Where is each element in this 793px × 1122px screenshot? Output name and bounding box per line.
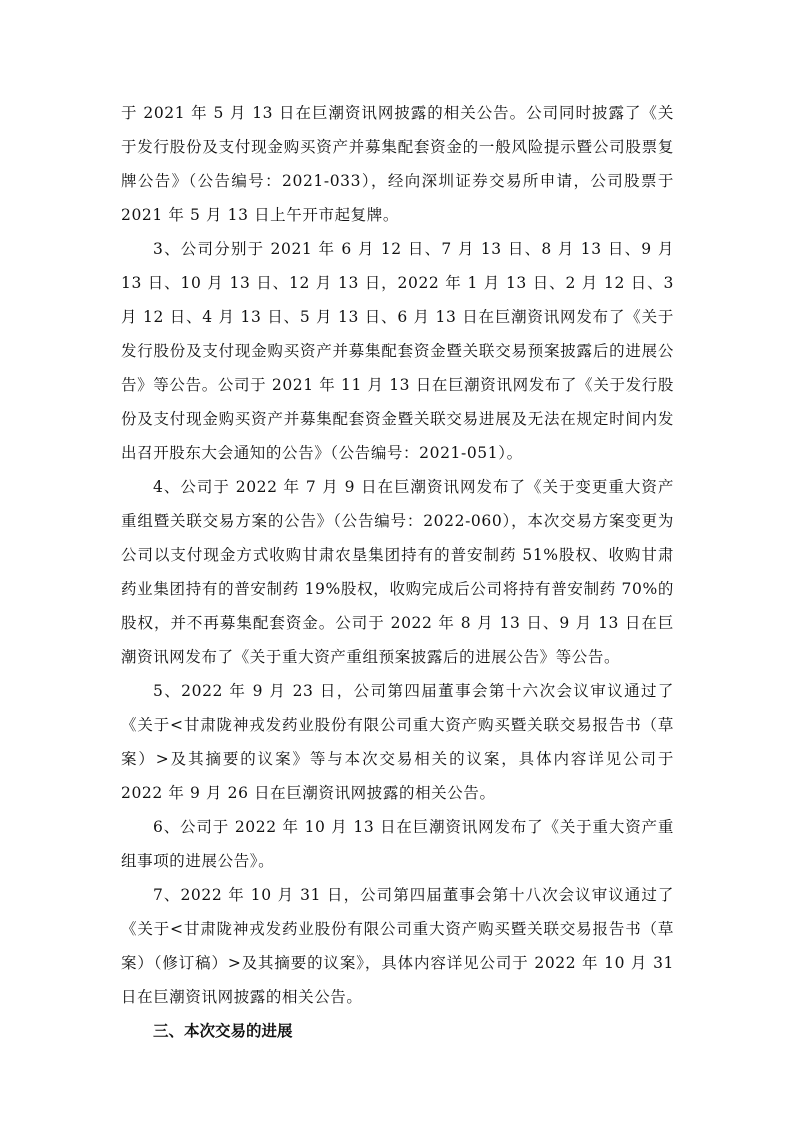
paragraph-continuation: 于 2021 年 5 月 13 日在巨潮资讯网披露的相关公告。公司同时披露了《关… [121, 96, 674, 232]
paragraph-item-5: 5、2022 年 9 月 23 日，公司第四届董事会第十六次会议审议通过了《关于… [121, 674, 674, 810]
paragraph-item-6: 6、公司于 2022 年 10 月 13 日在巨潮资讯网发布了《关于重大资产重组… [121, 810, 674, 878]
section-heading: 三、本次交易的进展 [121, 1014, 674, 1048]
paragraph-item-4: 4、公司于 2022 年 7 月 9 日在巨潮资讯网发布了《关于变更重大资产重组… [121, 470, 674, 674]
document-page: 于 2021 年 5 月 13 日在巨潮资讯网披露的相关公告。公司同时披露了《关… [121, 96, 674, 1048]
paragraph-item-3: 3、公司分别于 2021 年 6 月 12 日、7 月 13 日、8 月 13 … [121, 232, 674, 470]
paragraph-item-7: 7、2022 年 10 月 31 日，公司第四届董事会第十八次会议审议通过了《关… [121, 878, 674, 1014]
